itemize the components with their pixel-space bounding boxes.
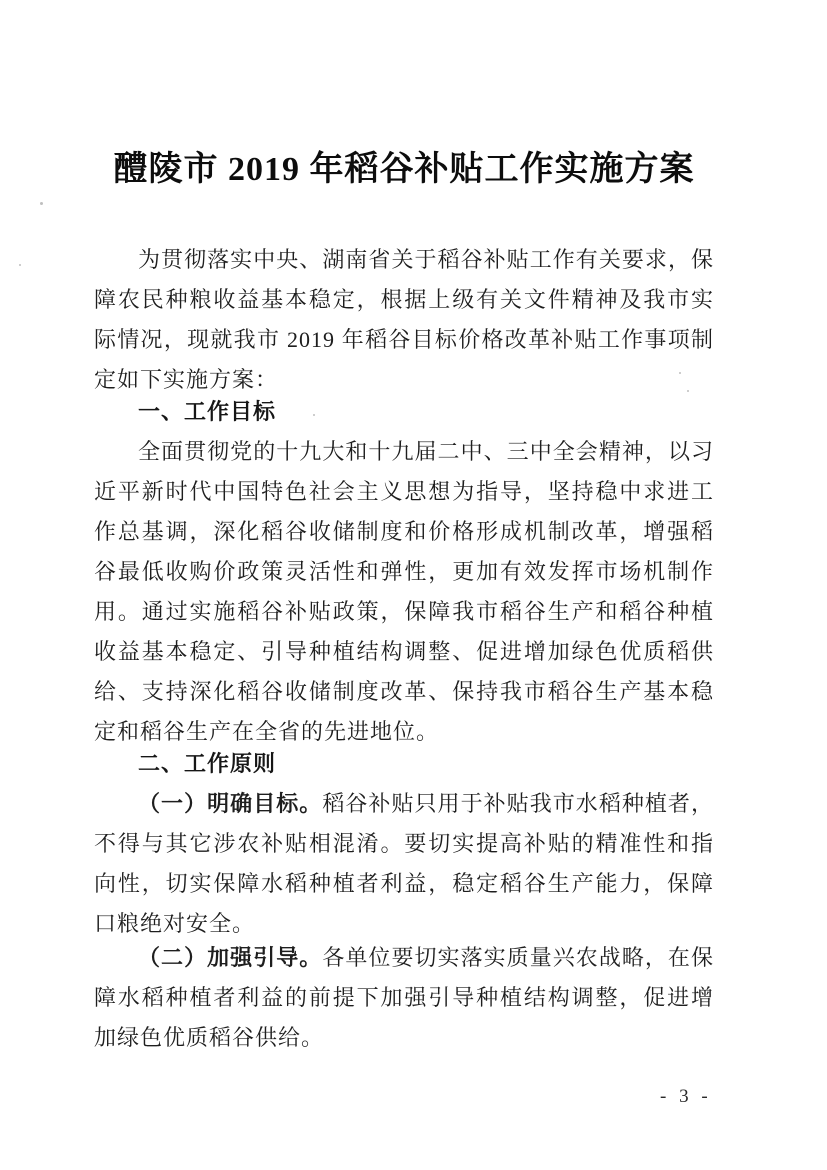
paragraph-principle-1-lead: （一）明确目标。 [138, 791, 322, 816]
scan-speck [19, 264, 21, 266]
section-heading-work-goals: 一、工作目标 [94, 392, 714, 432]
page-number: - 3 - [660, 1086, 712, 1108]
paragraph-principle-1: （一）明确目标。稻谷补贴只用于补贴我市水稻种植者，不得与其它涉农补贴相混淆。要切… [94, 784, 714, 944]
scan-speck [687, 390, 689, 392]
paragraph-principle-2: （二）加强引导。各单位要切实落实质量兴农战略，在保障水稻种植者利益的前提下加强引… [94, 938, 714, 1058]
paragraph-intro: 为贯彻落实中央、湖南省关于稻谷补贴工作有关要求，保障农民种粮收益基本稳定，根据上… [94, 240, 714, 400]
document-title: 醴陵市 2019 年稻谷补贴工作实施方案 [94, 146, 714, 194]
paragraph-principle-2-lead: （二）加强引导。 [138, 945, 322, 970]
paragraph-work-goals: 全面贯彻党的十九大和十九届二中、三中全会精神，以习近平新时代中国特色社会主义思想… [94, 432, 714, 752]
document-page: 醴陵市 2019 年稻谷补贴工作实施方案 为贯彻落实中央、湖南省关于稻谷补贴工作… [0, 0, 827, 1170]
scan-speck [313, 414, 315, 416]
scan-speck [40, 202, 43, 205]
document-content: 醴陵市 2019 年稻谷补贴工作实施方案 为贯彻落实中央、湖南省关于稻谷补贴工作… [94, 146, 714, 1058]
scan-speck [679, 372, 681, 374]
